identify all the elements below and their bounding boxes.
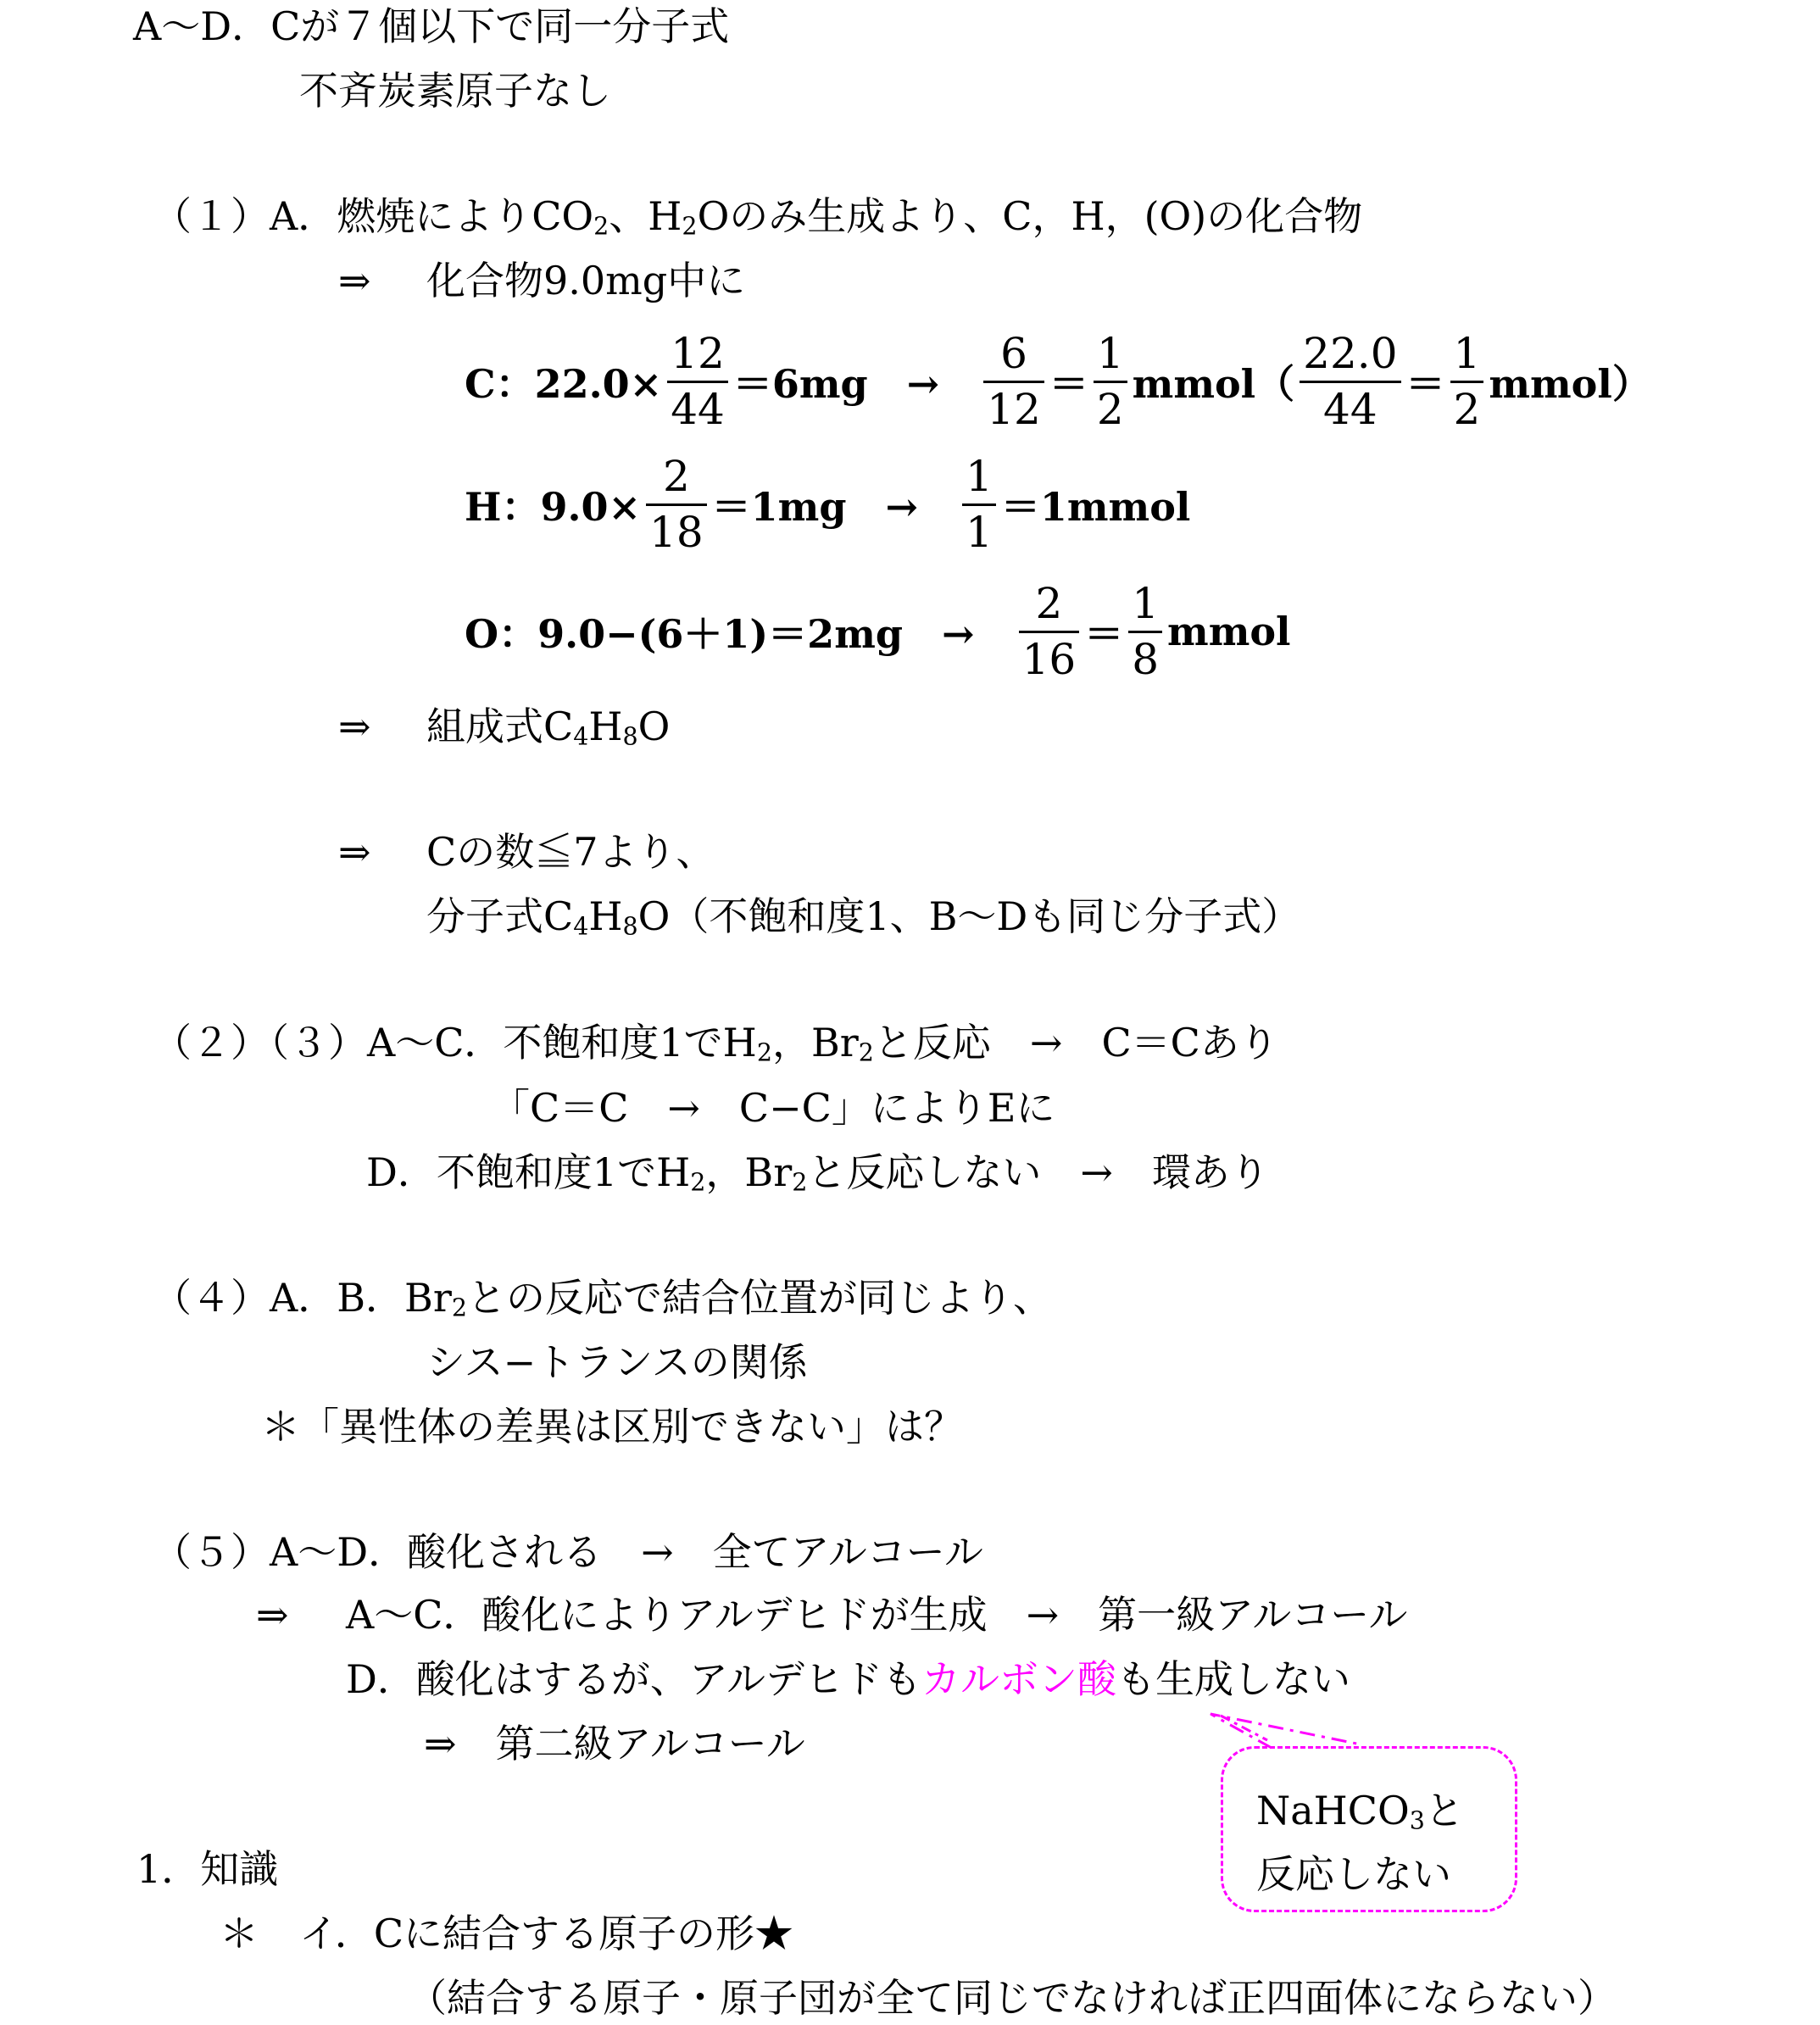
callout-line-2: 反応しない [1256,1844,1451,1900]
callout-line-1: NaHCO3と [1256,1780,1464,1836]
knowledge-note: （結合する原子・原子団が全て同じでなければ正四面体にならない） [408,1978,1617,2017]
callout-pointer-icon [0,0,1820,2025]
knowledge-title: 1．知識 [136,1850,278,1889]
asterisk-icon: ＊ [220,1914,259,1953]
knowledge-item: イ．Cに結合する原子の形★ [299,1914,793,1953]
